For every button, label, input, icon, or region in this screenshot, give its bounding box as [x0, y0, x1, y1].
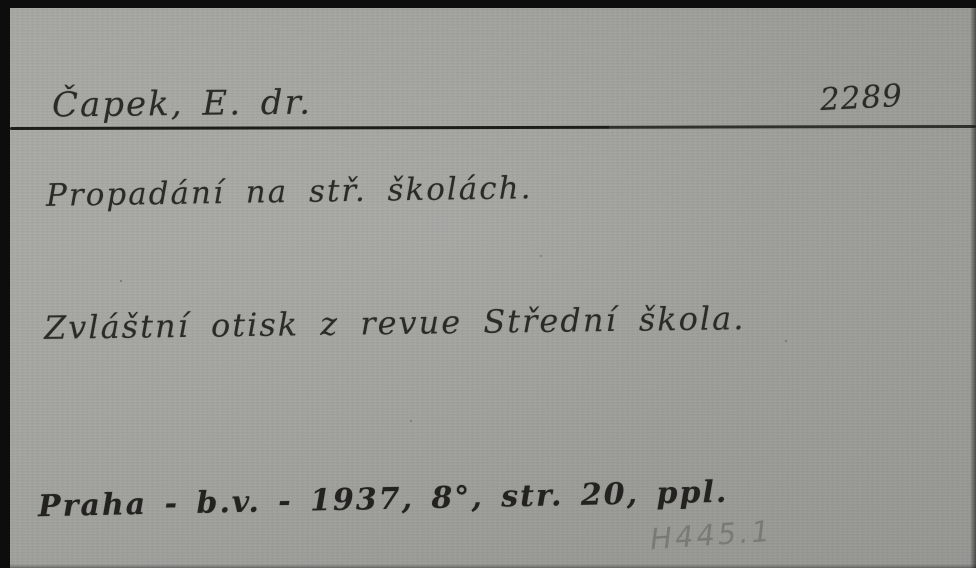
card-number: 2289 — [819, 78, 904, 118]
scan-edge-right — [970, 0, 976, 568]
scan-edge-top — [0, 0, 976, 8]
imprint-line: Praha - b.v. - 1937, 8°, str. 20, ppl. — [38, 475, 729, 524]
author-heading: Čapek, E. dr. — [52, 83, 312, 126]
offprint-note: Zvláštní otisk z revue Střední škola. — [44, 299, 746, 347]
pencil-shelfmark: H445.1 — [649, 514, 774, 556]
scan-edge-bottom — [0, 564, 976, 568]
heading-rule-line — [10, 125, 976, 130]
work-title: Propadání na stř. školách. — [46, 170, 533, 214]
catalog-card-scan: Čapek, E. dr. 2289 Propadání na stř. ško… — [0, 0, 976, 568]
paper-specks — [120, 280, 122, 282]
scan-edge-left — [0, 0, 10, 568]
